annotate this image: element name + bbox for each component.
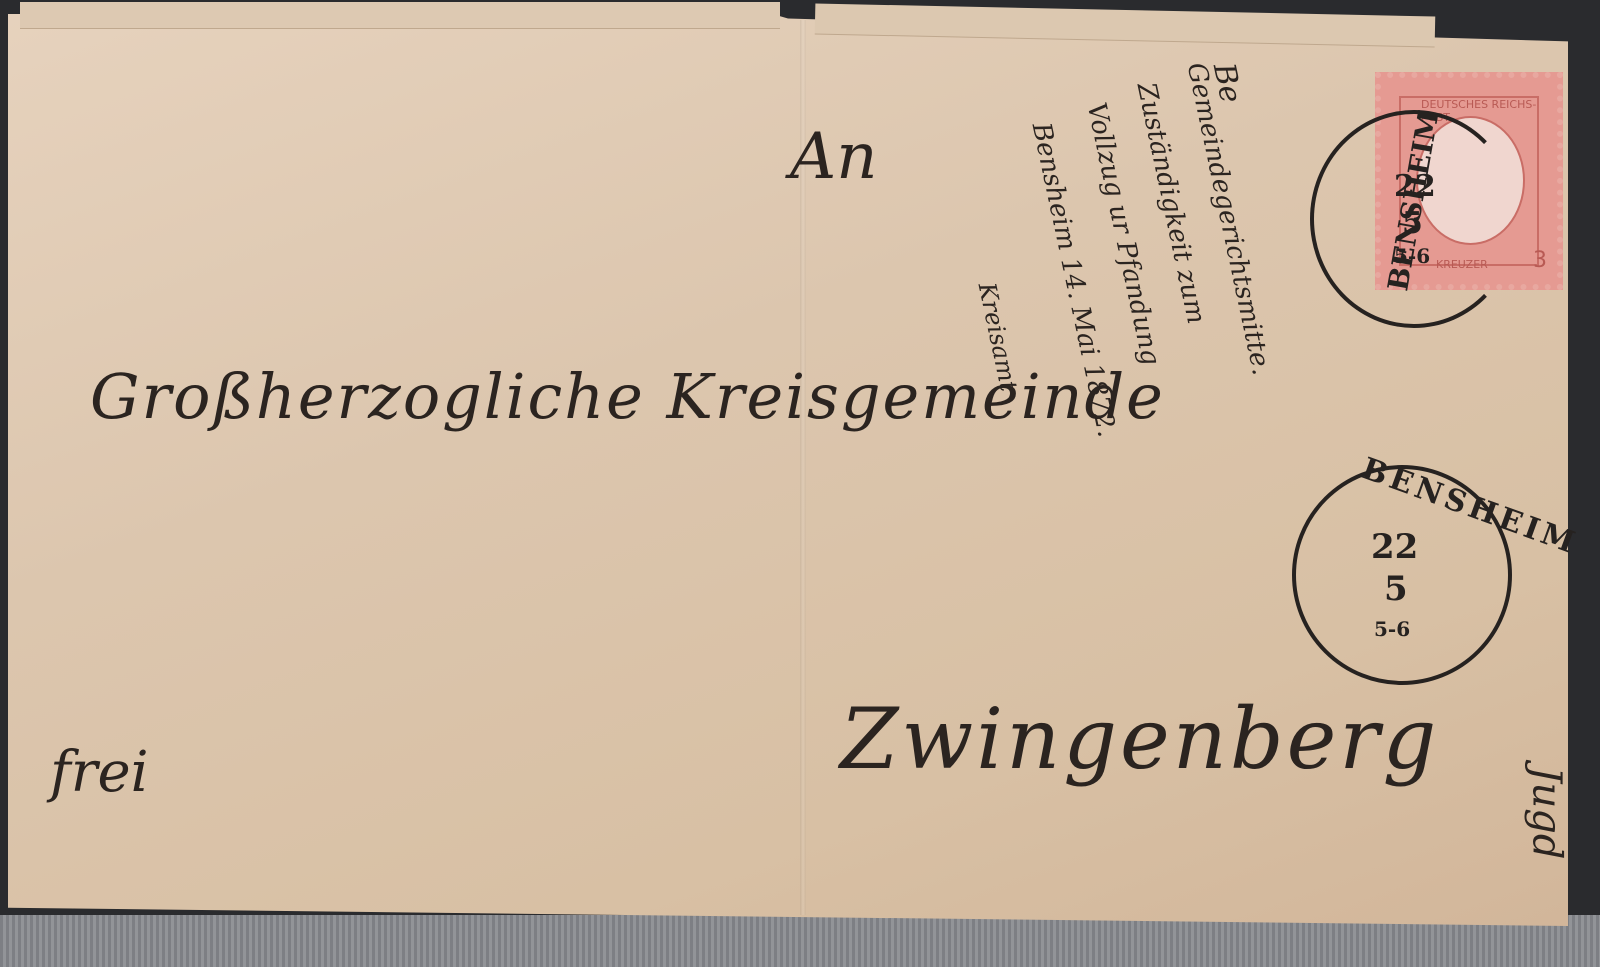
top-flap-left	[20, 2, 780, 29]
postmark-bensheim: BENSHEIM 22 5 5-6	[1292, 465, 1512, 685]
postmark-on-stamp: BENSHEIM 22 5 5-6	[1310, 110, 1518, 328]
destination: Zwingenberg	[840, 690, 1439, 788]
side-note: Jugd	[1524, 766, 1570, 859]
address-prefix: An	[790, 120, 877, 194]
corner-note: frei	[50, 740, 149, 805]
marginal-note: Be Gemeindegerichtsmitte. Zuständigkeit …	[960, 60, 1280, 680]
